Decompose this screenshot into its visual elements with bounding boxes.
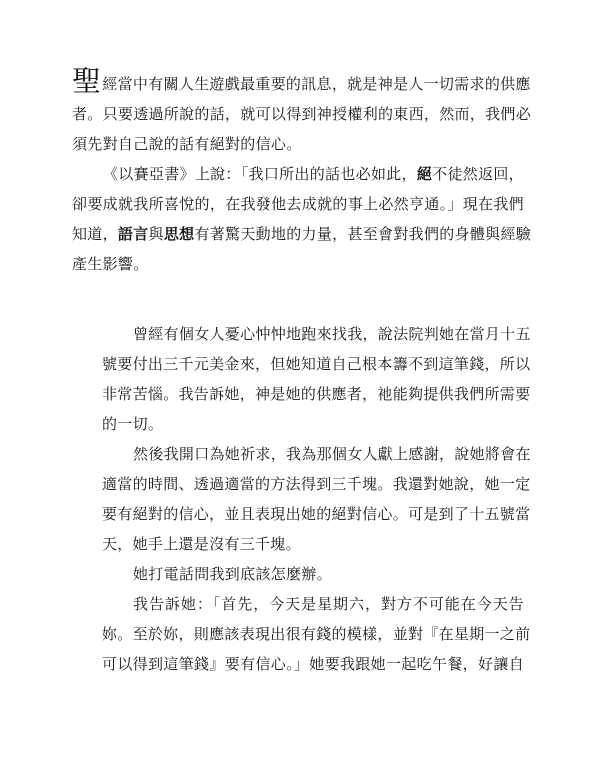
text-span: 知道， <box>72 225 118 243</box>
text-line: 要有絕對的信心，並且表現出她的絕對信心。可是到了十五號當 <box>102 499 524 529</box>
text-span: 經當中有關人生遊戲最重要的訊息，就是神是人一切需求的供應 <box>102 75 530 93</box>
paragraph-6: 我告訴她：「首先，今天是星期六，對方不可能在今天告 妳。至於妳，則應該表現出很有… <box>102 589 524 679</box>
text-line: 非常苦惱。我告訴她，神是她的供應者，祂能夠提供我們所需要 <box>102 379 524 409</box>
text-line: 然後我開口為她祈求，我為那個女人獻上感謝，說她將會在 <box>102 439 524 469</box>
text-line: 產生影響。 <box>72 249 524 279</box>
text-line: 天，她手上還是沒有三千塊。 <box>102 529 524 559</box>
text-line: 號要付出三千元美金來，但她知道自己根本籌不到這筆錢，所以 <box>102 349 524 379</box>
text-line: 知道，語言與思想有著驚天動地的力量，甚至會對我們的身體與經驗 <box>72 219 524 249</box>
text-line: 她打電話問我到底該怎麼辦。 <box>102 559 524 589</box>
section-2: 曾經有個女人憂心忡忡地跑來找我，說法院判她在當月十五 號要付出三千元美金來，但她… <box>102 319 524 679</box>
section-1: 聖經當中有關人生遊戲最重要的訊息，就是神是人一切需求的供應 者。只要透過所說的話… <box>72 66 524 279</box>
text-line: 聖經當中有關人生遊戲最重要的訊息，就是神是人一切需求的供應 <box>72 66 524 99</box>
text-span: 《以賽亞書》上說：「我口所出的話也必如此， <box>103 165 417 183</box>
text-line: 我告訴她：「首先，今天是星期六，對方不可能在今天告 <box>102 589 524 619</box>
text-line: 卻要成就我所喜悅的，在我發他去成就的事上必然亨通。」現在我們 <box>72 189 524 219</box>
text-line: 可以得到這筆錢』要有信心。」她要我跟她一起吃午餐，好讓自 <box>102 649 524 679</box>
drop-cap: 聖 <box>72 64 101 98</box>
text-span: 有著驚天動地的力量，甚至會對我們的身體與經驗 <box>194 225 531 243</box>
text-line: 曾經有個女人憂心忡忡地跑來找我，說法院判她在當月十五 <box>102 319 524 349</box>
paragraph-3: 曾經有個女人憂心忡忡地跑來找我，說法院判她在當月十五 號要付出三千元美金來，但她… <box>102 319 524 439</box>
document-page: 聖經當中有關人生遊戲最重要的訊息，就是神是人一切需求的供應 者。只要透過所說的話… <box>0 0 600 771</box>
text-line: 者。只要透過所說的話，就可以得到神授權利的東西，然而，我們必 <box>72 99 524 129</box>
paragraph-1: 聖經當中有關人生遊戲最重要的訊息，就是神是人一切需求的供應 者。只要透過所說的話… <box>72 66 524 159</box>
text-line: 妳。至於妳，則應該表現出很有錢的模樣，並對『在星期一之前 <box>102 619 524 649</box>
bold-text: 語言 <box>118 225 149 243</box>
text-line: 須先對自己說的話有絕對的信心。 <box>72 129 524 159</box>
paragraph-4: 然後我開口為她祈求，我為那個女人獻上感謝，說她將會在 適當的時間、透過適當的方法… <box>102 439 524 559</box>
text-line: 適當的時間、透過適當的方法得到三千塊。我還對她說，她一定 <box>102 469 524 499</box>
text-span: 不徒然返回， <box>432 165 524 183</box>
text-line: 《以賽亞書》上說：「我口所出的話也必如此，絕不徒然返回， <box>72 159 524 189</box>
text-line: 的一切。 <box>102 409 524 439</box>
paragraph-5: 她打電話問我到底該怎麼辦。 <box>102 559 524 589</box>
bold-text: 絕 <box>417 165 432 183</box>
paragraph-2: 《以賽亞書》上說：「我口所出的話也必如此，絕不徒然返回， 卻要成就我所喜悅的，在… <box>72 159 524 279</box>
text-span: 與 <box>149 225 164 243</box>
bold-text: 思想 <box>164 225 195 243</box>
